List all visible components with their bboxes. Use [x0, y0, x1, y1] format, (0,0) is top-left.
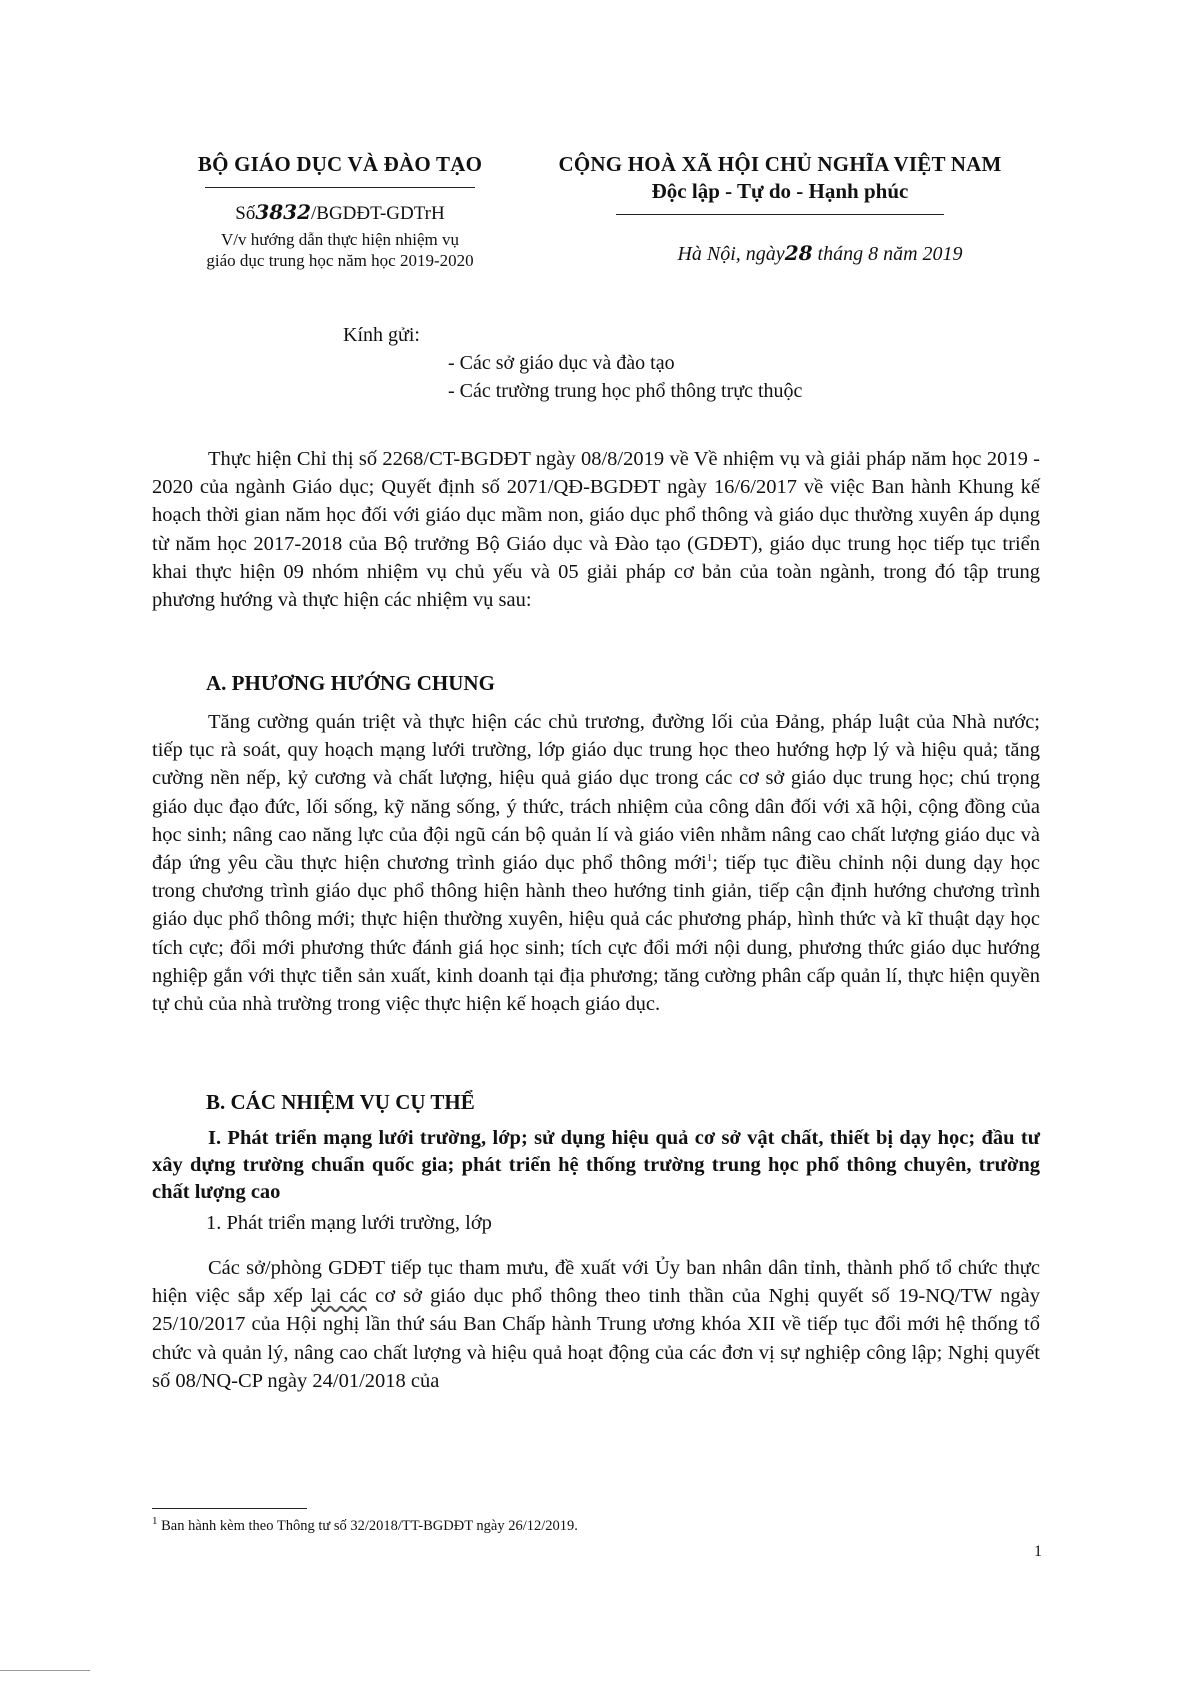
document-date: Hà Nội, ngày28 tháng 8 năm 2019	[520, 241, 1040, 266]
item-1-paragraph: Các sở/phòng GDĐT tiếp tục tham mưu, đề …	[152, 1254, 1040, 1395]
national-header-block: CỘNG HOÀ XÃ HỘI CHỦ NGHĨA VIỆT NAM Độc l…	[520, 152, 1040, 266]
footnote: 1 Ban hành kèm theo Thông tư số 32/2018/…	[152, 1518, 578, 1535]
footnote-separator	[152, 1508, 307, 1509]
date-suffix: tháng 8 năm 2019	[818, 243, 963, 265]
country-name: CỘNG HOÀ XÃ HỘI CHỦ NGHĨA VIỆT NAM	[520, 152, 1040, 177]
section-a-text-part1: Tăng cường quán triệt và thực hiện các c…	[152, 711, 1040, 874]
section-a-text: Tăng cường quán triệt và thực hiện các c…	[152, 708, 1040, 1018]
date-day-handwritten: 28	[785, 241, 813, 265]
greeting-label: Kính gửi:	[343, 324, 420, 347]
recipient-item: - Các sở giáo dục và đào tạo	[448, 352, 675, 375]
document-subject: V/v hướng dẫn thực hiện nhiệm vụ giáo dụ…	[150, 229, 530, 271]
section-a-text-part2: ; tiếp tục điều chỉnh nội dung dạy học t…	[152, 852, 1040, 1015]
item-1-underlined-text: lại các	[311, 1285, 367, 1307]
section-b-heading: B. CÁC NHIỆM VỤ CỤ THỂ	[206, 1090, 475, 1115]
footnote-text: Ban hành kèm theo Thông tư số 32/2018/TT…	[161, 1518, 578, 1534]
page-number: 1	[1034, 1543, 1042, 1561]
subject-line-2: giáo dục trung học năm học 2019-2020	[150, 250, 530, 271]
intro-paragraph: Thực hiện Chỉ thị số 2268/CT-BGDĐT ngày …	[152, 445, 1040, 614]
doc-number-handwritten: 3832	[255, 200, 311, 224]
item-1-heading: 1. Phát triển mạng lưới trường, lớp	[206, 1212, 492, 1235]
issuing-authority-block: BỘ GIÁO DỤC VÀ ĐÀO TẠO Số3832/BGDĐT-GDTr…	[150, 152, 530, 271]
ministry-underline	[205, 187, 475, 188]
footnote-marker: 1	[152, 1515, 158, 1527]
motto-underline	[616, 214, 944, 215]
doc-number-suffix: /BGDĐT-GDTrH	[311, 203, 445, 224]
document-number: Số3832/BGDĐT-GDTrH	[150, 200, 530, 225]
subject-line-1: V/v hướng dẫn thực hiện nhiệm vụ	[150, 229, 530, 250]
subsection-1-heading: I. Phát triển mạng lưới trường, lớp; sử …	[152, 1125, 1040, 1206]
intro-paragraph-text: Thực hiện Chỉ thị số 2268/CT-BGDĐT ngày …	[152, 445, 1040, 614]
national-motto: Độc lập - Tự do - Hạnh phúc	[520, 179, 1040, 204]
date-prefix: Hà Nội, ngày	[677, 243, 784, 265]
section-a-paragraph: Tăng cường quán triệt và thực hiện các c…	[152, 708, 1040, 1018]
doc-number-prefix: Số	[235, 203, 255, 224]
section-a-heading: A. PHƯƠNG HƯỚNG CHUNG	[206, 671, 495, 696]
recipient-item: - Các trường trung học phổ thông trực th…	[448, 380, 802, 403]
scan-edge-mark	[0, 1670, 90, 1671]
item-1-text: Các sở/phòng GDĐT tiếp tục tham mưu, đề …	[152, 1254, 1040, 1395]
ministry-name: BỘ GIÁO DỤC VÀ ĐÀO TẠO	[150, 152, 530, 177]
